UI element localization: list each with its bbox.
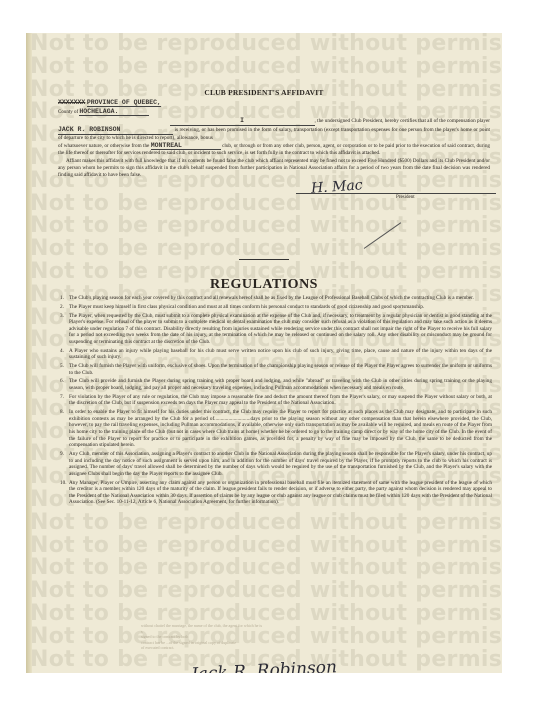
pen-mark: [364, 222, 401, 249]
regulation-text: The Club will provide and furnish the Pl…: [69, 378, 492, 391]
president-label: President: [396, 195, 415, 200]
regulation-number: 9.: [60, 451, 69, 477]
regulation-number: 4.: [60, 348, 69, 361]
regulation-text: Any Club, member of this Association, as…: [69, 451, 492, 477]
affidavit-body-3: Affiant makes this affidavit with full k…: [58, 158, 490, 178]
player-name-field: JACK R. ROBINSON: [58, 127, 173, 135]
regulation-item: 6.The Club will provide and furnish the …: [60, 378, 492, 391]
regulation-number: 3.: [60, 313, 69, 346]
affidavit-title: CLUB PRESIDENT'S AFFIDAVIT: [26, 88, 502, 97]
regulation-number: 8.: [60, 409, 69, 449]
affidavit-body-2-pre: of whatsoever nature, or otherwise from …: [58, 143, 149, 149]
province-struck: XXXXXXX: [58, 99, 85, 106]
regulation-text: For violation by the Player of any rule …: [69, 394, 492, 407]
affidavit-body: I, the undersigned Club President, hereb…: [58, 118, 490, 180]
regulation-text: A Player who sustains an injury while pl…: [69, 348, 492, 361]
player-signature: Jack R. Robinson: [191, 657, 338, 673]
regulation-item: 10.Any Manager, Player or Umpire, assert…: [60, 480, 492, 506]
regulation-text: The Player must keep himself in first cl…: [69, 304, 492, 311]
president-signature-line: [296, 193, 496, 194]
regulation-number: 7.: [60, 394, 69, 407]
regulation-text: The Club's playing season for each year …: [69, 295, 492, 302]
faded-text-line: of executed contract.: [141, 645, 411, 651]
regulation-text: The Club will furnish the Player with un…: [69, 363, 492, 376]
county-line: County of HOCHELAGA.: [58, 108, 149, 116]
regulations-title: REGULATIONS: [26, 277, 502, 293]
president-name-field: I: [170, 118, 315, 126]
section-divider: [239, 259, 289, 260]
regulation-text: Any Manager, Player or Umpire, asserting…: [69, 480, 492, 506]
regulation-item: 2.The Player must keep himself in first …: [60, 304, 492, 311]
province-field: PROVINCE OF QUEBEC,: [87, 99, 161, 107]
regulation-item: 4.A Player who sustains an injury while …: [60, 348, 492, 361]
regulation-text: The Player, when requested by the Club, …: [69, 313, 492, 346]
regulation-item: 9.Any Club, member of this Association, …: [60, 451, 492, 477]
regulation-item: 8.In order to enable the Player to fit h…: [60, 409, 492, 449]
faded-attestation-text: without chattel the marriage, the name o…: [141, 623, 411, 651]
regulation-item: 1.The Club's playing season for each yea…: [60, 295, 492, 302]
document-content: CLUB PRESIDENT'S AFFIDAVIT XXXXXXX PROVI…: [26, 33, 502, 673]
regulation-item: 7.For violation by the Player of any rul…: [60, 394, 492, 407]
regulation-number: 1.: [60, 295, 69, 302]
document-page: Not to be reproduced without permission …: [26, 33, 502, 673]
regulation-number: 2.: [60, 304, 69, 311]
regulation-number: 5.: [60, 363, 69, 376]
province-line: XXXXXXX PROVINCE OF QUEBEC,: [58, 99, 161, 107]
regulation-item: 5.The Club will furnish the Player with …: [60, 363, 492, 376]
regulation-number: 6.: [60, 378, 69, 391]
county-label: County of: [58, 110, 78, 115]
regulation-number: 10.: [60, 480, 69, 506]
regulation-item: 3.The Player, when requested by the Club…: [60, 313, 492, 346]
regulations-list: 1.The Club's playing season for each yea…: [60, 295, 492, 508]
affidavit-intro: , the undersigned Club President, hereby…: [315, 118, 490, 124]
regulation-text: In order to enable the Player to fit him…: [69, 409, 492, 449]
county-field: HOCHELAGA.: [79, 108, 149, 116]
